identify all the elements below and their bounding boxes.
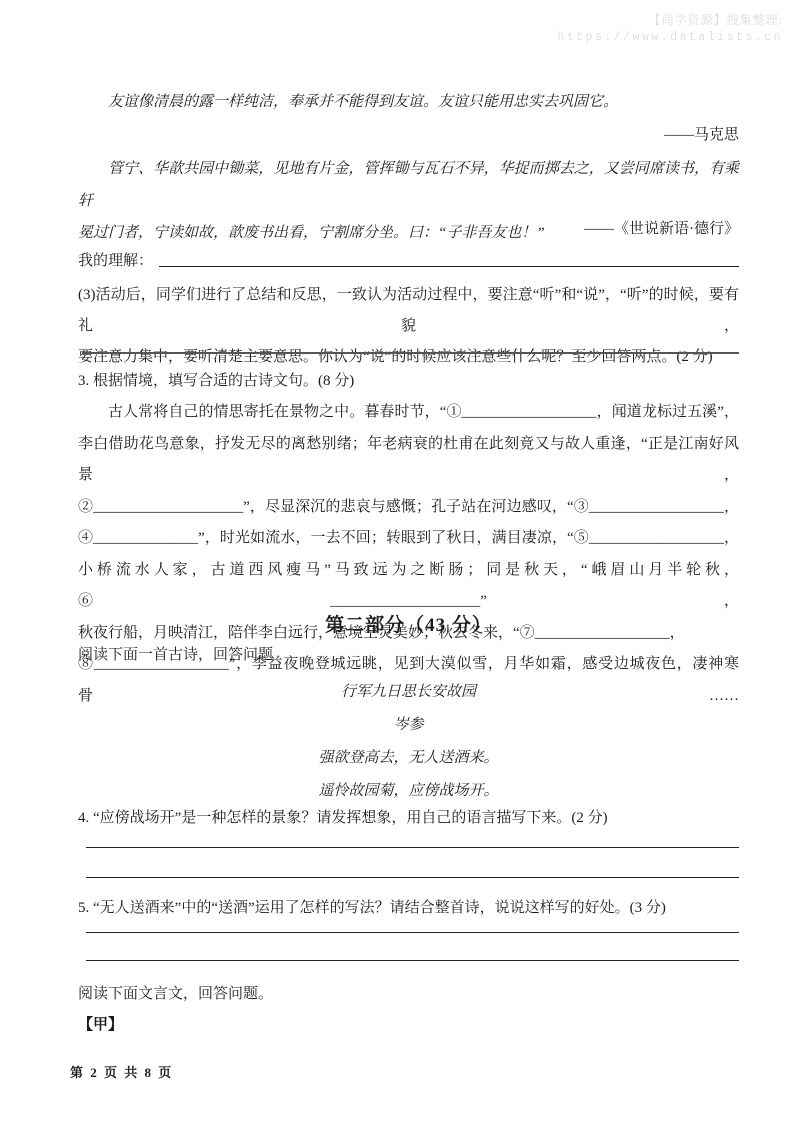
question5-prompt: 5. “无人送酒来”中的“送酒”运用了怎样的写法？请结合整首诗，说说这样写的好处… <box>78 896 739 917</box>
quote-guanning-line1: 管宁、华歆共园中锄菜，见地有片金，管挥锄与瓦石不异，华捉而掷去之，又尝同席读书，… <box>78 153 739 217</box>
watermark-url: https://www.datalists.cn <box>557 29 783 46</box>
question3-line2: 李白借助花鸟意象，抒发无尽的离愁别绪；年老病衰的杜甫在此刻竟又与故人重逢，“正是… <box>78 429 739 492</box>
question3-prompt: 3. 根据情境，填写合适的古诗文句。(8 分) <box>78 369 739 390</box>
question3-line5: 小桥流水人家，古道西风瘦马”马致远为之断肠；同是秋天，“峨眉山月半轮秋，⑥___… <box>78 555 739 618</box>
poem-author: 岑参 <box>78 709 739 742</box>
question3-line3: ②____________________”，尽显深沉的悲哀与感慨；孔子站在河边… <box>78 492 739 524</box>
activity-reflection-line1: (3)活动后，同学们进行了总结和反思，一致认为活动过程中，要注意“听”和“说”，… <box>78 280 739 342</box>
question4-prompt: 4. “应傍战场开”是一种怎样的景象？请发挥想象，用自己的语言描写下来。(2 分… <box>78 806 739 827</box>
my-understanding-blank-line <box>159 249 739 267</box>
watermark: 【尚学资源】搜集整理: https://www.datalists.cn <box>557 12 783 46</box>
passage-jia-label: 【甲】 <box>78 1013 739 1034</box>
poem-line1: 强欲登高去，无人送酒来。 <box>78 742 739 775</box>
poem-title: 行军九日思长安故园 <box>78 676 739 709</box>
answer-rule-q5-1 <box>86 932 739 933</box>
quote-attribution-shishuo: ——《世说新语·德行》 <box>78 217 739 238</box>
poem-intro: 阅读下面一首古诗，回答问题 <box>78 643 739 664</box>
question3-body: 古人常将自己的情思寄托在景物之中。暮春时节，“①________________… <box>78 397 739 712</box>
activity-reflection-question: (3)活动后，同学们进行了总结和反思，一致认为活动过程中，要注意“听”和“说”，… <box>78 280 739 373</box>
my-understanding-row: 我的理解： <box>78 249 739 270</box>
poem: 行军九日思长安故园 岑参 强欲登高去，无人送酒来。 遥怜故园菊，应傍战场开。 <box>78 676 739 808</box>
my-understanding-label: 我的理解： <box>78 249 153 270</box>
answer-rule-q5-2 <box>86 960 739 961</box>
poem-line2: 遥怜故园菊，应傍战场开。 <box>78 775 739 808</box>
exam-page: 【尚学资源】搜集整理: https://www.datalists.cn 友谊像… <box>0 0 793 1122</box>
watermark-source-text: 【尚学资源】搜集整理: <box>557 12 783 29</box>
answer-rule-q4-1 <box>86 847 739 848</box>
quote-friendship: 友谊像清晨的露一样纯洁，奉承并不能得到友谊。友谊只能用忠实去巩固它。 <box>78 90 739 111</box>
answer-rule-q4-2 <box>86 877 739 878</box>
quote-attribution-marx: ——马克思 <box>78 123 739 144</box>
part2-heading: 第二部分（43 分） <box>78 610 739 637</box>
question3-line1: 古人常将自己的情思寄托在景物之中。暮春时节，“①________________… <box>78 397 739 429</box>
question3-line4: ④______________”，时光如流水，一去不回；转眼到了秋日，满目凄凉，… <box>78 523 739 555</box>
answer-rule-item3 <box>82 352 739 354</box>
wenyan-intro: 阅读下面文言文，回答问题。 <box>78 982 739 1003</box>
page-footer: 第 2 页 共 8 页 <box>70 1062 173 1081</box>
